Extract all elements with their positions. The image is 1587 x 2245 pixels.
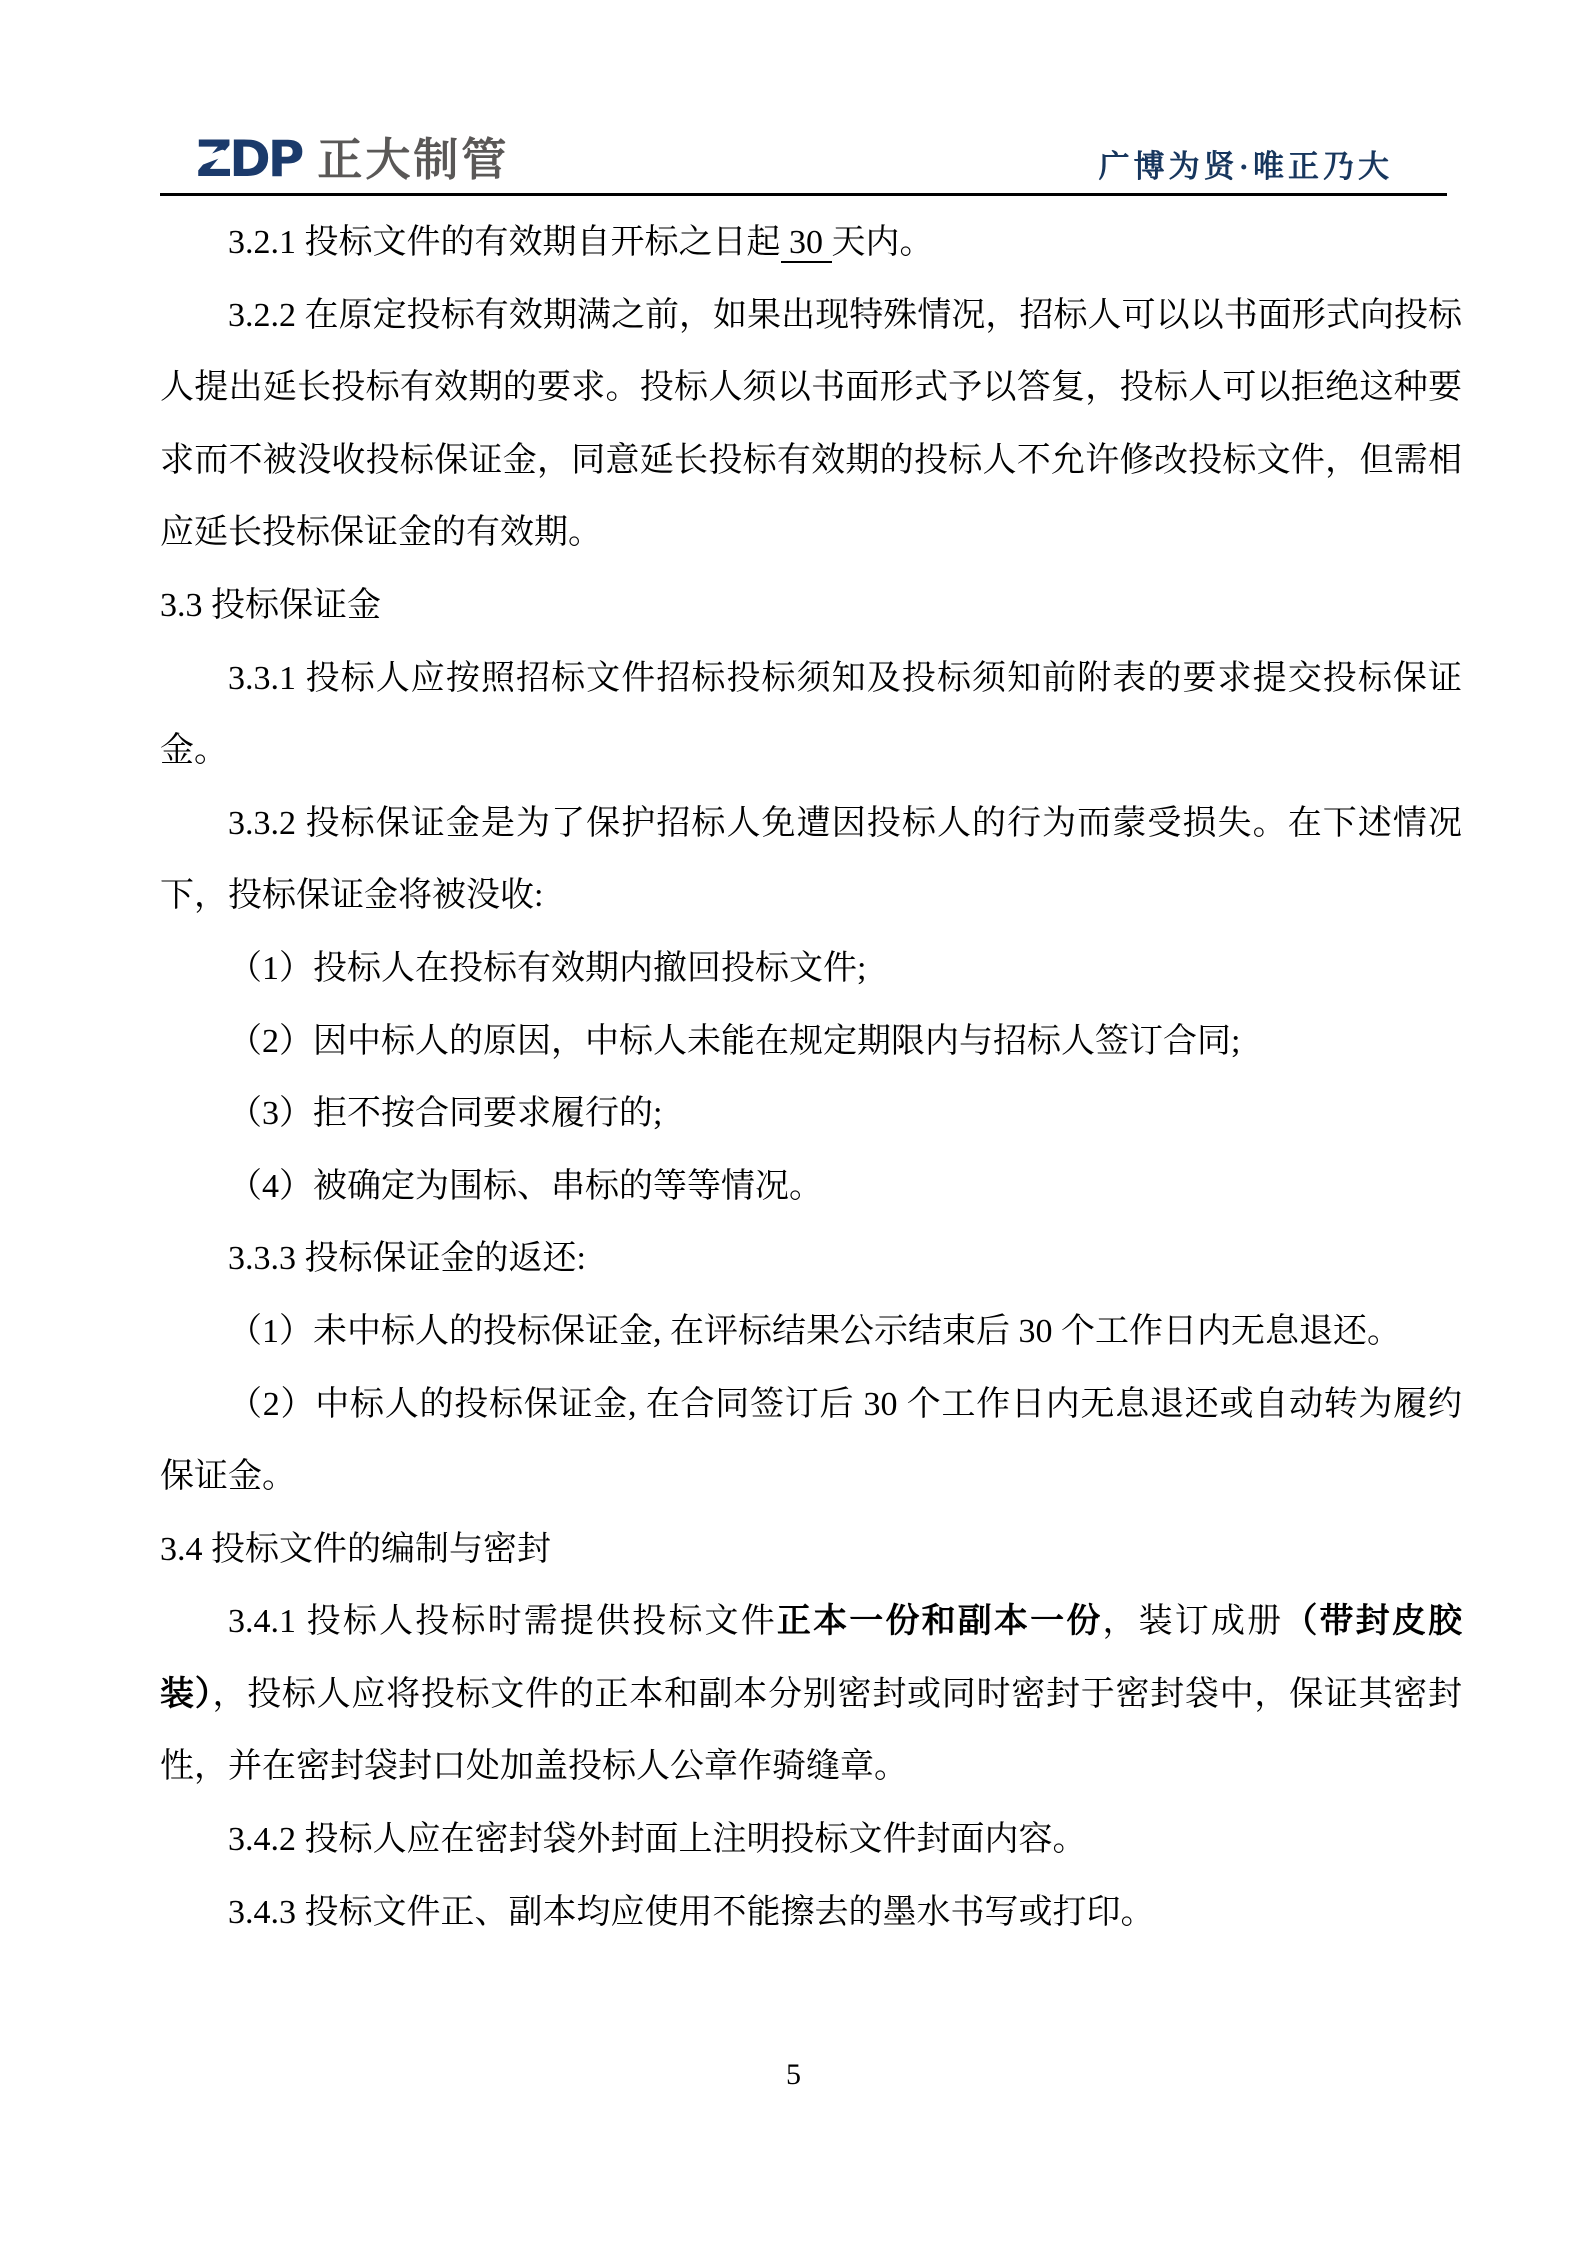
clause-3-2-1: 3.2.1 投标文件的有效期自开标之日起 30 天内。 — [160, 207, 1462, 280]
text-segment: ，投标人应将投标文件的正本和副本分别密封或同时密封于密封袋中，保证其密封性，并在… — [160, 1676, 1462, 1786]
text-segment: （1）未中标人的投标保证金, 在评标结果公示结束后 30 个工作日内无息退还。 — [228, 1313, 1401, 1350]
text-segment: （2）中标人的投标保证金, 在合同签订后 30 个工作日内无息退还或自动转为履约… — [160, 1386, 1462, 1496]
section-3-3-heading: 3.3 投标保证金 — [160, 570, 1462, 643]
text-segment: （2）因中标人的原因，中标人未能在规定期限内与招标人签订合同; — [228, 1023, 1240, 1060]
document-body: 3.2.1 投标文件的有效期自开标之日起 30 天内。3.2.2 在原定投标有效… — [160, 207, 1462, 1949]
clause-3-4-2: 3.4.2 投标人应在密封袋外封面上注明投标文件封面内容。 — [160, 1804, 1462, 1877]
text-segment: ，装订成册 — [1102, 1603, 1283, 1640]
text-segment: 3.2.2 在原定投标有效期满之前，如果出现特殊情况，招标人可以以书面形式向投标… — [160, 297, 1462, 552]
clause-3-3-3: 3.3.3 投标保证金的返还: — [160, 1223, 1462, 1296]
text-segment: 3.3.1 投标人应按照招标文件招标投标须知及投标须知前附表的要求提交投标保证金… — [160, 660, 1462, 770]
page-number: 5 — [0, 2058, 1587, 2092]
refund-item-2: （2）中标人的投标保证金, 在合同签订后 30 个工作日内无息退还或自动转为履约… — [160, 1369, 1462, 1514]
text-segment: 天内。 — [832, 224, 934, 261]
text-segment: 3.4.2 投标人应在密封袋外封面上注明投标文件封面内容。 — [228, 1821, 1087, 1858]
text-segment: （3）拒不按合同要求履行的; — [228, 1095, 662, 1132]
text-segment: 3.3.2 投标保证金是为了保护招标人免遭因投标人的行为而蒙受损失。在下述情况下… — [160, 805, 1462, 915]
section-3-4-heading: 3.4 投标文件的编制与密封 — [160, 1514, 1462, 1587]
forfeit-item-4: （4）被确定为围标、串标的等等情况。 — [160, 1151, 1462, 1224]
zdp-logo-mark: ZDP — [196, 134, 301, 184]
text-segment: 3.4.1 投标人投标时需提供投标文件 — [228, 1603, 777, 1640]
text-segment: 3.4.3 投标文件正、副本均应使用不能擦去的墨水书写或打印。 — [228, 1894, 1155, 1931]
header-divider — [160, 193, 1447, 196]
clause-3-3-1: 3.3.1 投标人应按照招标文件招标投标须知及投标须知前附表的要求提交投标保证金… — [160, 643, 1462, 788]
text-segment: 30 — [781, 224, 832, 263]
company-logo: ZDP 正大制管 — [196, 134, 509, 184]
text-segment: （1）投标人在投标有效期内撤回投标文件; — [228, 950, 866, 987]
text-segment: 正本一份和副本一份 — [777, 1603, 1103, 1640]
text-segment: （4）被确定为围标、串标的等等情况。 — [228, 1168, 823, 1205]
clause-3-4-3: 3.4.3 投标文件正、副本均应使用不能擦去的墨水书写或打印。 — [160, 1877, 1462, 1950]
text-segment: 3.3.3 投标保证金的返还: — [228, 1240, 586, 1277]
forfeit-item-2: （2）因中标人的原因，中标人未能在规定期限内与招标人签订合同; — [160, 1006, 1462, 1079]
forfeit-item-3: （3）拒不按合同要求履行的; — [160, 1078, 1462, 1151]
clause-3-4-1: 3.4.1 投标人投标时需提供投标文件正本一份和副本一份，装订成册（带封皮胶装）… — [160, 1586, 1462, 1804]
text-segment: 3.4 投标文件的编制与密封 — [160, 1531, 551, 1568]
clause-3-3-2: 3.3.2 投标保证金是为了保护招标人免遭因投标人的行为而蒙受损失。在下述情况下… — [160, 788, 1462, 933]
company-slogan: 广博为贤·唯正乃大 — [1099, 141, 1393, 186]
clause-3-2-2: 3.2.2 在原定投标有效期满之前，如果出现特殊情况，招标人可以以书面形式向投标… — [160, 280, 1462, 570]
refund-item-1: （1）未中标人的投标保证金, 在评标结果公示结束后 30 个工作日内无息退还。 — [160, 1296, 1462, 1369]
document-page: ZDP 正大制管 广博为贤·唯正乃大 3.2.1 投标文件的有效期自开标之日起 … — [0, 0, 1587, 2245]
text-segment: 3.3 投标保证金 — [160, 587, 381, 624]
text-segment: 3.2.1 投标文件的有效期自开标之日起 — [228, 224, 781, 261]
company-name: 正大制管 — [317, 137, 509, 182]
forfeit-item-1: （1）投标人在投标有效期内撤回投标文件; — [160, 933, 1462, 1006]
